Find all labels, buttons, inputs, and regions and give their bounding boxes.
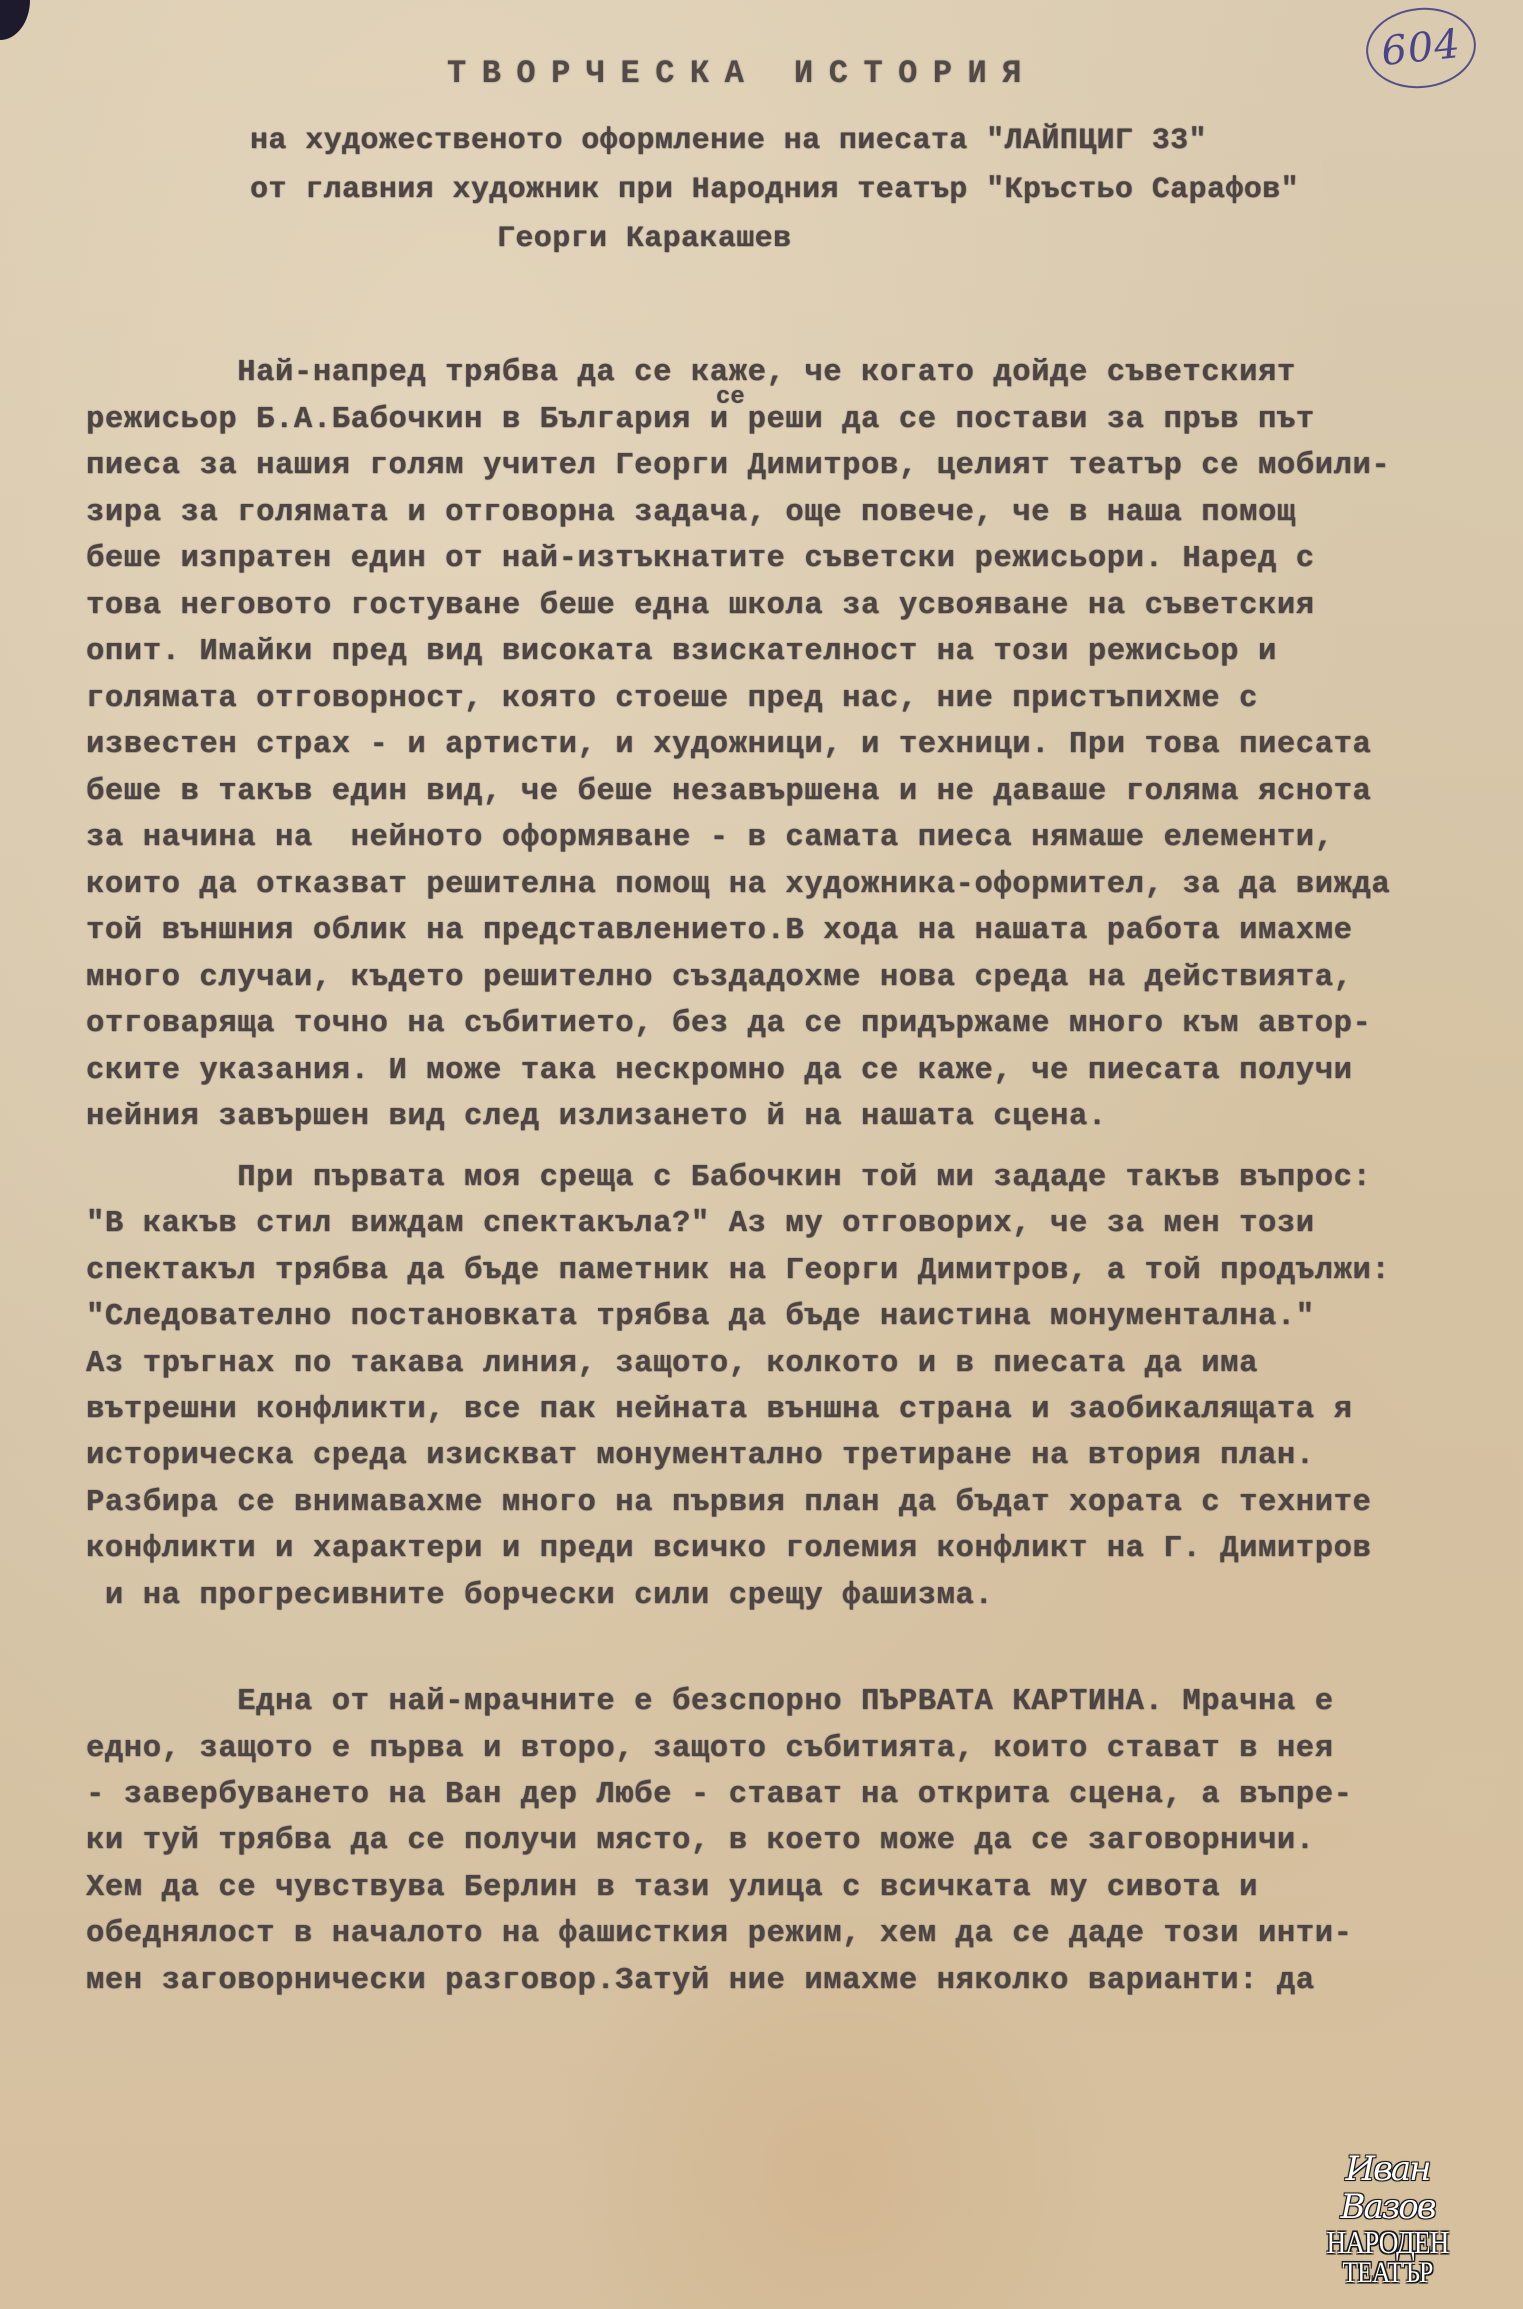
body-line: Една от най-мрачните е безспорно ПЪРВАТА…: [86, 1687, 1334, 1717]
body-line: това неговото гостуване беше една школа …: [86, 591, 1315, 621]
body-line: спектакъл трябва да бъде паметник на Гео…: [86, 1256, 1390, 1286]
body-line: ските указания. И може така нескромно да…: [86, 1056, 1353, 1086]
body-line: беше изпратен един от най-изтъкнатите съ…: [86, 544, 1315, 574]
body-line: известен страх - и артисти, и художници,…: [86, 730, 1371, 760]
body-line: едно, защото е първа и второ, защото съб…: [86, 1734, 1334, 1764]
subtitle-line-2: от главния художник при Народния театър …: [250, 175, 1299, 205]
body-line: опит. Имайки пред вид високата взискател…: [86, 637, 1277, 667]
body-line: за начина на нейното оформяване - в сама…: [86, 823, 1334, 853]
subtitle-line-1: на художественото оформление на пиесата …: [250, 126, 1207, 156]
scan-edge-shadow: [0, 0, 30, 40]
logo-signature: Иван Вазов: [1305, 2150, 1470, 2226]
national-theatre-logo: Иван Вазов НАРОДЕН ТЕАТЪР: [1305, 2150, 1470, 2260]
handwritten-page-number: 604: [1362, 2, 1480, 93]
document-title: ТВОРЧЕСКА ИСТОРИЯ: [447, 55, 1037, 92]
body-line: нейния завършен вид след излизането й на…: [86, 1102, 1107, 1132]
body-line: При първата моя среща с Бабочкин той ми …: [86, 1163, 1371, 1193]
author-name: Георги Каракашев: [497, 224, 791, 254]
body-line: Най-напред трябва да се каже, че когато …: [86, 358, 1296, 388]
logo-line-2: ТЕАТЪР: [1317, 2258, 1457, 2288]
body-line: голямата отговорност, която стоеше пред …: [86, 684, 1258, 714]
body-line: "Следователно постановката трябва да бъд…: [86, 1302, 1315, 1332]
body-line: пиеса за нашия голям учител Георги Димит…: [86, 451, 1390, 481]
body-line: зира за голямата и отговорна задача, още…: [86, 498, 1296, 528]
body-line: той външния облик на представлението.В х…: [86, 916, 1353, 946]
body-line: конфликти и характери и преди всичко гол…: [86, 1534, 1371, 1564]
body-line: историческа среда изискват монументално …: [86, 1441, 1315, 1471]
body-line: "В какъв стил виждам спектакъла?" Аз му …: [86, 1209, 1315, 1239]
body-line: обеднялост в началото на фашисткия режим…: [86, 1919, 1353, 1949]
body-line: беше в такъв един вид, че беше незавърше…: [86, 777, 1371, 807]
body-line: - завербуването на Ван дер Любе - стават…: [86, 1780, 1353, 1810]
body-line: Аз тръгнах по такава линия, защото, колк…: [86, 1349, 1258, 1379]
body-line: Разбира се внимавахме много на първия пл…: [86, 1488, 1371, 1518]
logo-line-1: НАРОДЕН: [1317, 2226, 1457, 2258]
body-line: вътрешни конфликти, все пак нейната външ…: [86, 1395, 1353, 1425]
body-line: ки туй трябва да се получи място, в коет…: [86, 1826, 1315, 1856]
page-number-text: 604: [1379, 21, 1463, 75]
body-line: много случаи, където решително създадохм…: [86, 963, 1353, 993]
body-line: Хем да се чувствува Берлин в тази улица …: [86, 1873, 1258, 1903]
body-line: отговаряща точно на събитието, без да се…: [86, 1009, 1371, 1039]
body-line: и на прогресивните борчески сили срещу ф…: [86, 1581, 993, 1611]
body-line: мен заговорнически разговор.Затуй ние им…: [86, 1966, 1315, 1996]
body-line: които да отказват решителна помощ на худ…: [86, 870, 1390, 900]
body-line: режисьор Б.А.Бабочкин в България и реши …: [86, 405, 1315, 435]
